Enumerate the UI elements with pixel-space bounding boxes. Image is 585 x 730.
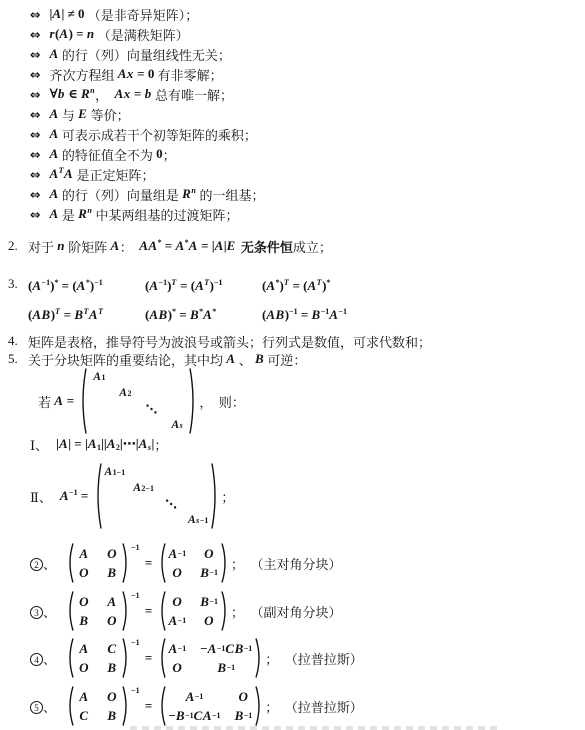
matrix-left-paren (158, 590, 166, 632)
matrix-cell: A−1 (168, 689, 222, 705)
matrix-right-paren (122, 542, 130, 584)
matrix-grid: A1−1A2−1⋱As−1 (104, 464, 210, 528)
block-matrix: OB−1A−1O (158, 590, 229, 632)
block-result-line: 5、AOCB−1 = A−1O−B−1CA−1B−1； （拉普拉斯） (0, 682, 585, 730)
result-label: Ⅱ、 (30, 487, 52, 506)
matrix-cell: O (104, 689, 120, 705)
block-matrix: AOCB−1 (66, 685, 140, 727)
equivalence-arrow-icon: ⇔ (30, 47, 40, 62)
block-matrix: A1−1A2−1⋱As−1 (94, 462, 220, 530)
matrix-cell: C (104, 641, 120, 657)
text-segment: 的行（列）向量组是 (62, 185, 182, 204)
block-result-line: 4、ACOB−1 = A−1−A−1CB−1OB−1； （拉普拉斯） (0, 634, 585, 682)
text-segment: 、 (235, 350, 255, 369)
equivalence-arrow-icon: ⇔ (30, 27, 40, 42)
matrix-grid: A−1−A−1CB−1OB−1 (168, 639, 254, 677)
math-segment: A (49, 186, 61, 202)
item-number: 3. (8, 276, 28, 325)
equivalence-arrow-icon: ⇔ (30, 187, 40, 202)
equivalence-arrow-icon: ⇔ (30, 67, 40, 82)
math-segment: A (49, 126, 61, 142)
circled-number: 5 (30, 701, 43, 714)
math-segment: Ax = 0 (118, 66, 158, 82)
item-content: 矩阵是表格，推导符号为波浪号或箭头；行列式是数值，可求代数和； (28, 332, 431, 351)
formula-grid: (A−1)* = (A*)−1(A−1)T = (AT)−1(A*)T = (A… (28, 276, 347, 325)
math-segment: E (78, 106, 90, 122)
equivalence-line: ⇔A 是 Rn 中某两组基的过渡矩阵； (0, 204, 585, 224)
numbered-item: 3.(A−1)* = (A*)−1(A−1)T = (AT)−1(A*)T = … (8, 276, 585, 325)
text-segment: 有非零解； (158, 65, 223, 84)
block-matrix: ACOB−1 (66, 637, 140, 679)
result-label: Ⅰ、 (30, 435, 48, 454)
matrix-cell: O (76, 660, 92, 676)
text-segment: ； （拉普拉斯） (265, 697, 363, 716)
matrix-cell: ⋱ (141, 402, 161, 416)
text-segment: 的特征值全不为 (62, 145, 156, 164)
matrix-left-paren (94, 462, 102, 530)
text-segment: （是非奇异矩阵）； (88, 5, 199, 24)
math-segment: Rn (78, 206, 95, 222)
text-segment: 成立； (293, 237, 332, 256)
matrix-cell: O (104, 546, 120, 562)
block-matrix: A−1O−B−1CA−1B−1 (158, 685, 264, 727)
matrix-cell: A (76, 689, 92, 705)
matrix-grid: OABO (76, 592, 120, 630)
text-segment: ， 则： (199, 392, 245, 411)
math-segment: = (142, 650, 156, 666)
matrix-cell: −B−1CA−1 (168, 708, 222, 724)
formula: (A−1)* = (A*)−1 (28, 278, 145, 294)
math-segment: B (255, 351, 264, 367)
formula: (AB)−1 = B−1A−1 (262, 307, 347, 323)
matrix-grid: A−1OOB−1 (168, 544, 219, 582)
matrix-right-paren (122, 637, 130, 679)
text-segment: 阶矩阵 (68, 237, 110, 256)
matrix-cell: A1 (89, 371, 109, 383)
math-segment: Rn (182, 186, 199, 202)
equivalence-line: ⇔A 的行（列）向量组线性无关； (0, 44, 585, 64)
text-segment: 对于 (28, 237, 57, 256)
math-segment: A−1 = (60, 488, 92, 504)
text-segment: 中某两组基的过渡矩阵； (96, 205, 239, 224)
matrix-cell: A−1 (168, 613, 188, 629)
formula: (AB)* = B*A* (145, 307, 262, 323)
matrix-cell: B (104, 565, 120, 581)
text-segment: ， (95, 85, 115, 104)
matrix-right-paren (255, 637, 263, 679)
block-matrix: OABO−1 (66, 590, 140, 632)
equivalence-arrow-icon: ⇔ (30, 7, 40, 22)
text-segment: 关于分块矩阵的重要结论，其中均 (28, 350, 226, 369)
circled-number: 4 (30, 653, 43, 666)
matrix-right-paren (122, 685, 130, 727)
equivalence-arrow-icon: ⇔ (30, 127, 40, 142)
equivalence-line: ⇔|A| ≠ 0 （是非奇异矩阵）； (0, 4, 585, 24)
numbered-item: 4.矩阵是表格，推导符号为波浪号或箭头；行列式是数值，可求代数和； (8, 332, 585, 350)
math-segment: A (49, 206, 61, 222)
matrix-cell: O (168, 660, 188, 676)
matrix-right-paren (221, 590, 229, 632)
numbered-items: 2.对于 n 阶矩阵 A： AA* = A*A = |A|E无条件恒成立；3.(… (0, 236, 585, 368)
matrix-left-paren (79, 367, 87, 435)
text-segment: 总有唯一解； (155, 85, 233, 104)
matrix-right-paren (122, 590, 130, 632)
matrix-cell: B−1 (199, 660, 253, 676)
matrix-cell: O (234, 689, 254, 705)
math-segment: A (111, 238, 120, 254)
result-label: 4、 (30, 649, 56, 668)
matrix-cell: O (76, 594, 92, 610)
matrix-cell: A (76, 641, 92, 657)
numbered-item: 5.关于分块矩阵的重要结论，其中均 A 、 B 可逆： (8, 350, 585, 368)
math-segment: A (226, 351, 235, 367)
clipped-next-line-remnant (130, 726, 500, 730)
text-segment: ； (154, 435, 167, 454)
math-segment: ∀b ∈ Rn (49, 86, 95, 102)
text-segment: ； (163, 145, 176, 164)
matrix-exponent: −1 (131, 638, 140, 647)
math-segment: |A| = |A1||A2|⋯|As| (56, 436, 154, 452)
text-segment: ； (221, 487, 234, 506)
matrix-grid: AOOB (76, 544, 120, 582)
math-segment: = (142, 603, 156, 619)
text-segment: ； （主对角分块） (231, 554, 342, 573)
matrix-exponent: −1 (131, 591, 140, 600)
matrix-cell: A1−1 (104, 466, 127, 478)
math-segment: = (142, 698, 156, 714)
math-segment: |A| ≠ 0 (49, 6, 87, 22)
matrix-left-paren (158, 637, 166, 679)
matrix-cell: As (167, 419, 187, 431)
circled-number: 3 (30, 606, 43, 619)
bold-text-segment: 无条件恒 (241, 237, 293, 256)
circled-number: 2 (30, 558, 43, 571)
result-label: 3、 (30, 602, 56, 621)
math-segment: A (49, 106, 61, 122)
numbered-item: 2.对于 n 阶矩阵 A： AA* = A*A = |A|E无条件恒成立； (8, 236, 585, 256)
item-number: 4. (8, 333, 28, 349)
result-label: 2、 (30, 554, 56, 573)
equivalence-arrow-icon: ⇔ (30, 87, 40, 102)
equivalence-arrow-icon: ⇔ (30, 207, 40, 222)
equivalence-line: ⇔A 的特征值全不为 0； (0, 144, 585, 164)
math-segment: n (57, 238, 68, 254)
math-segment: AA* = A*A = |A|E (139, 238, 236, 254)
equivalence-line: ⇔A 可表示成若干个初等矩阵的乘积； (0, 124, 585, 144)
block-matrix: A−1−A−1CB−1OB−1 (158, 637, 264, 679)
item-number: 5. (8, 351, 28, 367)
text-segment: 可逆： (264, 350, 306, 369)
matrix-cell: O (168, 594, 188, 610)
block-matrix-section: 若 A = A1A2⋱As， 则：Ⅰ、|A| = |A1||A2|⋯|As|；Ⅱ… (0, 368, 585, 730)
block-result-line: 3、OABO−1 = OB−1A−1O； （副对角分块） (0, 588, 585, 634)
math-segment: = (142, 555, 156, 571)
item-number: 2. (8, 238, 28, 254)
matrix-cell: As−1 (187, 514, 209, 526)
matrix-exponent: −1 (131, 543, 140, 552)
matrix-cell: C (76, 708, 92, 724)
block-result-line: Ⅱ、A−1 = A1−1A2−1⋱As−1； (0, 454, 585, 538)
matrix-cell: A−1 (168, 641, 188, 657)
block-result-line: 2、AOOB−1 = A−1OOB−1； （主对角分块） (0, 540, 585, 586)
matrix-grid: A−1O−B−1CA−1B−1 (168, 687, 254, 725)
result-label: 5、 (30, 697, 56, 716)
equivalence-line: ⇔A 的行（列）向量组是 Rn 的一组基； (0, 184, 585, 204)
text-segment: ； （副对角分块） (231, 602, 342, 621)
matrix-cell: ⋱ (161, 497, 181, 511)
formula: (A*)T = (AT)* (262, 278, 330, 294)
matrix-cell: O (76, 565, 92, 581)
matrix-cell: O (199, 613, 219, 629)
text-segment: ； （拉普拉斯） (265, 649, 363, 668)
equivalence-line: ⇔∀b ∈ Rn， Ax = b 总有唯一解； (0, 84, 585, 104)
matrix-cell: A (104, 594, 120, 610)
matrix-cell: B−1 (199, 594, 219, 610)
matrix-right-paren (221, 542, 229, 584)
math-segment: ATA (49, 166, 76, 182)
matrix-left-paren (66, 637, 74, 679)
matrix-cell: B (104, 660, 120, 676)
equivalence-line: ⇔A 与 E 等价； (0, 104, 585, 124)
matrix-cell: O (104, 613, 120, 629)
matrix-grid: OB−1A−1O (168, 592, 219, 630)
matrix-cell: A2−1 (132, 482, 155, 494)
math-segment: A (49, 46, 61, 62)
equivalence-arrow-icon: ⇔ (30, 147, 40, 162)
item-content: 关于分块矩阵的重要结论，其中均 A 、 B 可逆： (28, 350, 306, 369)
matrix-grid: ACOB (76, 639, 120, 677)
equivalence-line: ⇔r(A) = n （是满秩矩阵） (0, 24, 585, 44)
equivalence-line: ⇔ATA 是正定矩阵； (0, 164, 585, 184)
math-segment: Ax = b (115, 86, 155, 102)
equivalence-arrow-icon: ⇔ (30, 107, 40, 122)
formula-row: (A−1)* = (A*)−1(A−1)T = (AT)−1(A*)T = (A… (28, 276, 347, 296)
text-segment: 是正定矩阵； (76, 165, 154, 184)
formula: (A−1)T = (AT)−1 (145, 278, 262, 294)
math-segment: A = (54, 393, 77, 409)
text-segment: 若 (38, 392, 54, 411)
block-result-line: 若 A = A1A2⋱As， 则： (0, 368, 585, 434)
matrix-cell: O (168, 565, 188, 581)
matrix-cell: A−1 (168, 546, 188, 562)
formula: (AB)T = BTAT (28, 307, 145, 323)
text-segment: 的行（列）向量组线性无关； (62, 45, 231, 64)
matrix-left-paren (66, 542, 74, 584)
matrix-right-paren (255, 685, 263, 727)
matrix-right-paren (211, 462, 219, 530)
matrix-left-paren (66, 590, 74, 632)
matrix-cell: O (199, 546, 219, 562)
matrix-cell: B−1 (199, 565, 219, 581)
equivalence-arrow-icon: ⇔ (30, 167, 40, 182)
item-content: 对于 n 阶矩阵 A： AA* = A*A = |A|E无条件恒成立； (28, 237, 332, 256)
matrix-exponent: −1 (131, 686, 140, 695)
matrix-cell: B (76, 613, 92, 629)
block-result-line: Ⅰ、|A| = |A1||A2|⋯|As|； (0, 434, 585, 454)
matrix-cell: B−1 (234, 708, 254, 724)
document-page: ⇔|A| ≠ 0 （是非奇异矩阵）；⇔r(A) = n （是满秩矩阵）⇔A 的行… (0, 0, 585, 730)
math-segment: r(A) = n (49, 26, 97, 42)
matrix-left-paren (158, 685, 166, 727)
block-matrix: AOOB−1 (66, 542, 140, 584)
math-segment: A (49, 146, 61, 162)
text-segment: 可表示成若干个初等矩阵的乘积； (62, 125, 257, 144)
text-segment: 矩阵是表格，推导符号为波浪号或箭头；行列式是数值，可求代数和； (28, 332, 431, 351)
text-segment: （是满秩矩阵） (98, 25, 189, 44)
text-segment: 的一组基； (200, 185, 265, 204)
matrix-grid: AOCB (76, 687, 120, 725)
equivalence-line: ⇔齐次方程组 Ax = 0 有非零解； (0, 64, 585, 84)
matrix-grid: A1A2⋱As (89, 369, 187, 433)
block-matrix: A1A2⋱As (79, 367, 197, 435)
matrix-cell: −A−1CB−1 (199, 641, 253, 657)
formula-row: (AB)T = BTAT(AB)* = B*A*(AB)−1 = B−1A−1 (28, 305, 347, 325)
matrix-cell: A (76, 546, 92, 562)
matrix-cell: A2 (115, 387, 135, 399)
equivalence-list: ⇔|A| ≠ 0 （是非奇异矩阵）；⇔r(A) = n （是满秩矩阵）⇔A 的行… (0, 0, 585, 224)
matrix-left-paren (158, 542, 166, 584)
text-segment: 是 (62, 205, 78, 224)
text-segment: 等价； (91, 105, 130, 124)
text-segment: 齐次方程组 (49, 65, 117, 84)
text-segment: ： (120, 237, 140, 256)
text-segment: 与 (62, 105, 78, 124)
matrix-left-paren (66, 685, 74, 727)
matrix-cell: B (104, 708, 120, 724)
block-matrix: A−1OOB−1 (158, 542, 229, 584)
matrix-right-paren (189, 367, 197, 435)
